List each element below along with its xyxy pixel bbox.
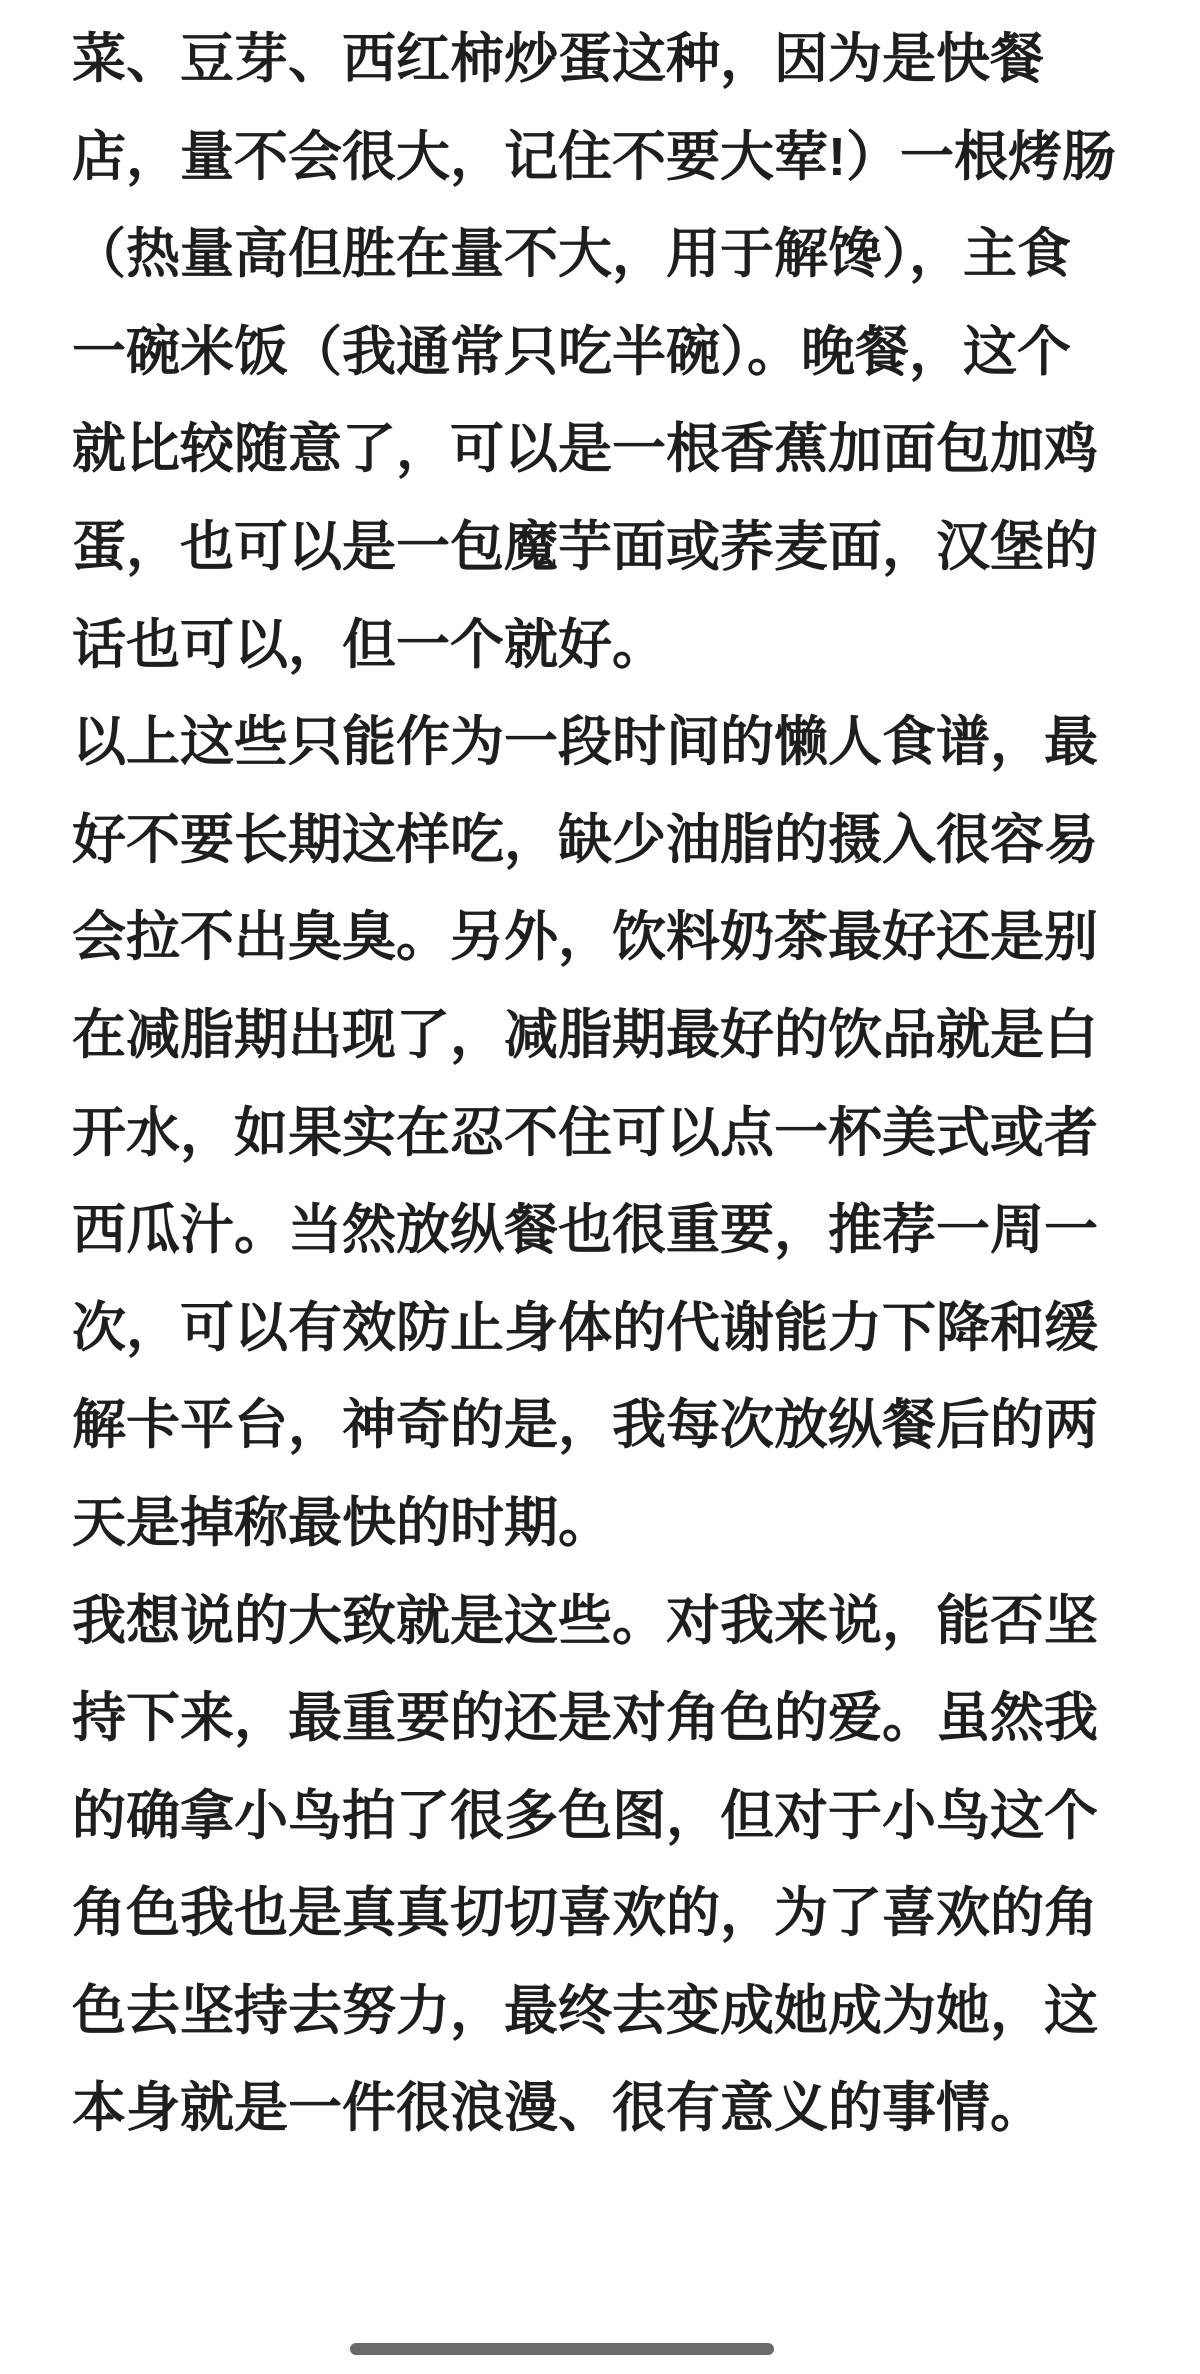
text-line: 西瓜汁。当然放纵餐也很重要，推荐一周一 <box>72 1182 1132 1280</box>
text-line: 持下来，最重要的还是对角色的爱。虽然我 <box>72 1670 1132 1768</box>
text-line: 就比较随意了，可以是一根香蕉加面包加鸡 <box>72 401 1132 499</box>
text-line: 开水，如果实在忍不住可以点一杯美式或者 <box>72 1085 1132 1183</box>
article-text: 菜、豆芽、西红柿炒蛋这种，因为是快餐店，量不会很大，记住不要大荤!）一根烤肠（热… <box>72 11 1132 2158</box>
text-line: 菜、豆芽、西红柿炒蛋这种，因为是快餐 <box>72 11 1132 109</box>
text-line: 色去坚持去努力，最终去变成她成为她，这 <box>72 1963 1132 2061</box>
text-line: 我想说的大致就是这些。对我来说，能否坚 <box>72 1573 1132 1671</box>
text-line: 的确拿小鸟拍了很多色图，但对于小鸟这个 <box>72 1768 1132 1866</box>
text-line: 在减脂期出现了，减脂期最好的饮品就是白 <box>72 987 1132 1085</box>
text-line: 会拉不出臭臭。另外，饮料奶茶最好还是别 <box>72 889 1132 987</box>
text-line: 角色我也是真真切切喜欢的，为了喜欢的角 <box>72 1865 1132 1963</box>
text-line: 话也可以，但一个就好。 <box>72 597 1132 695</box>
text-line: 一碗米饭（我通常只吃半碗）。晚餐，这个 <box>72 304 1132 402</box>
text-line: 好不要长期这样吃，缺少油脂的摄入很容易 <box>72 792 1132 890</box>
text-line: 以上这些只能作为一段时间的懒人食谱，最 <box>72 694 1132 792</box>
text-line: 蛋，也可以是一包魔芋面或荞麦面，汉堡的 <box>72 499 1132 597</box>
text-line: 次，可以有效防止身体的代谢能力下降和缓 <box>72 1280 1132 1378</box>
screen: { "colors": { "background": "#ffffff", "… <box>0 0 1200 2374</box>
home-indicator-bar[interactable] <box>350 2343 774 2355</box>
text-line: 天是掉称最快的时期。 <box>72 1475 1132 1573</box>
article: 菜、豆芽、西红柿炒蛋这种，因为是快餐店，量不会很大，记住不要大荤!）一根烤肠（热… <box>72 11 1132 2158</box>
text-line: 店，量不会很大，记住不要大荤!）一根烤肠 <box>72 109 1132 207</box>
text-line: （热量高但胜在量不大，用于解馋），主食 <box>72 206 1132 304</box>
text-line: 本身就是一件很浪漫、很有意义的事情。 <box>72 2060 1132 2158</box>
text-line: 解卡平台，神奇的是，我每次放纵餐后的两 <box>72 1377 1132 1475</box>
